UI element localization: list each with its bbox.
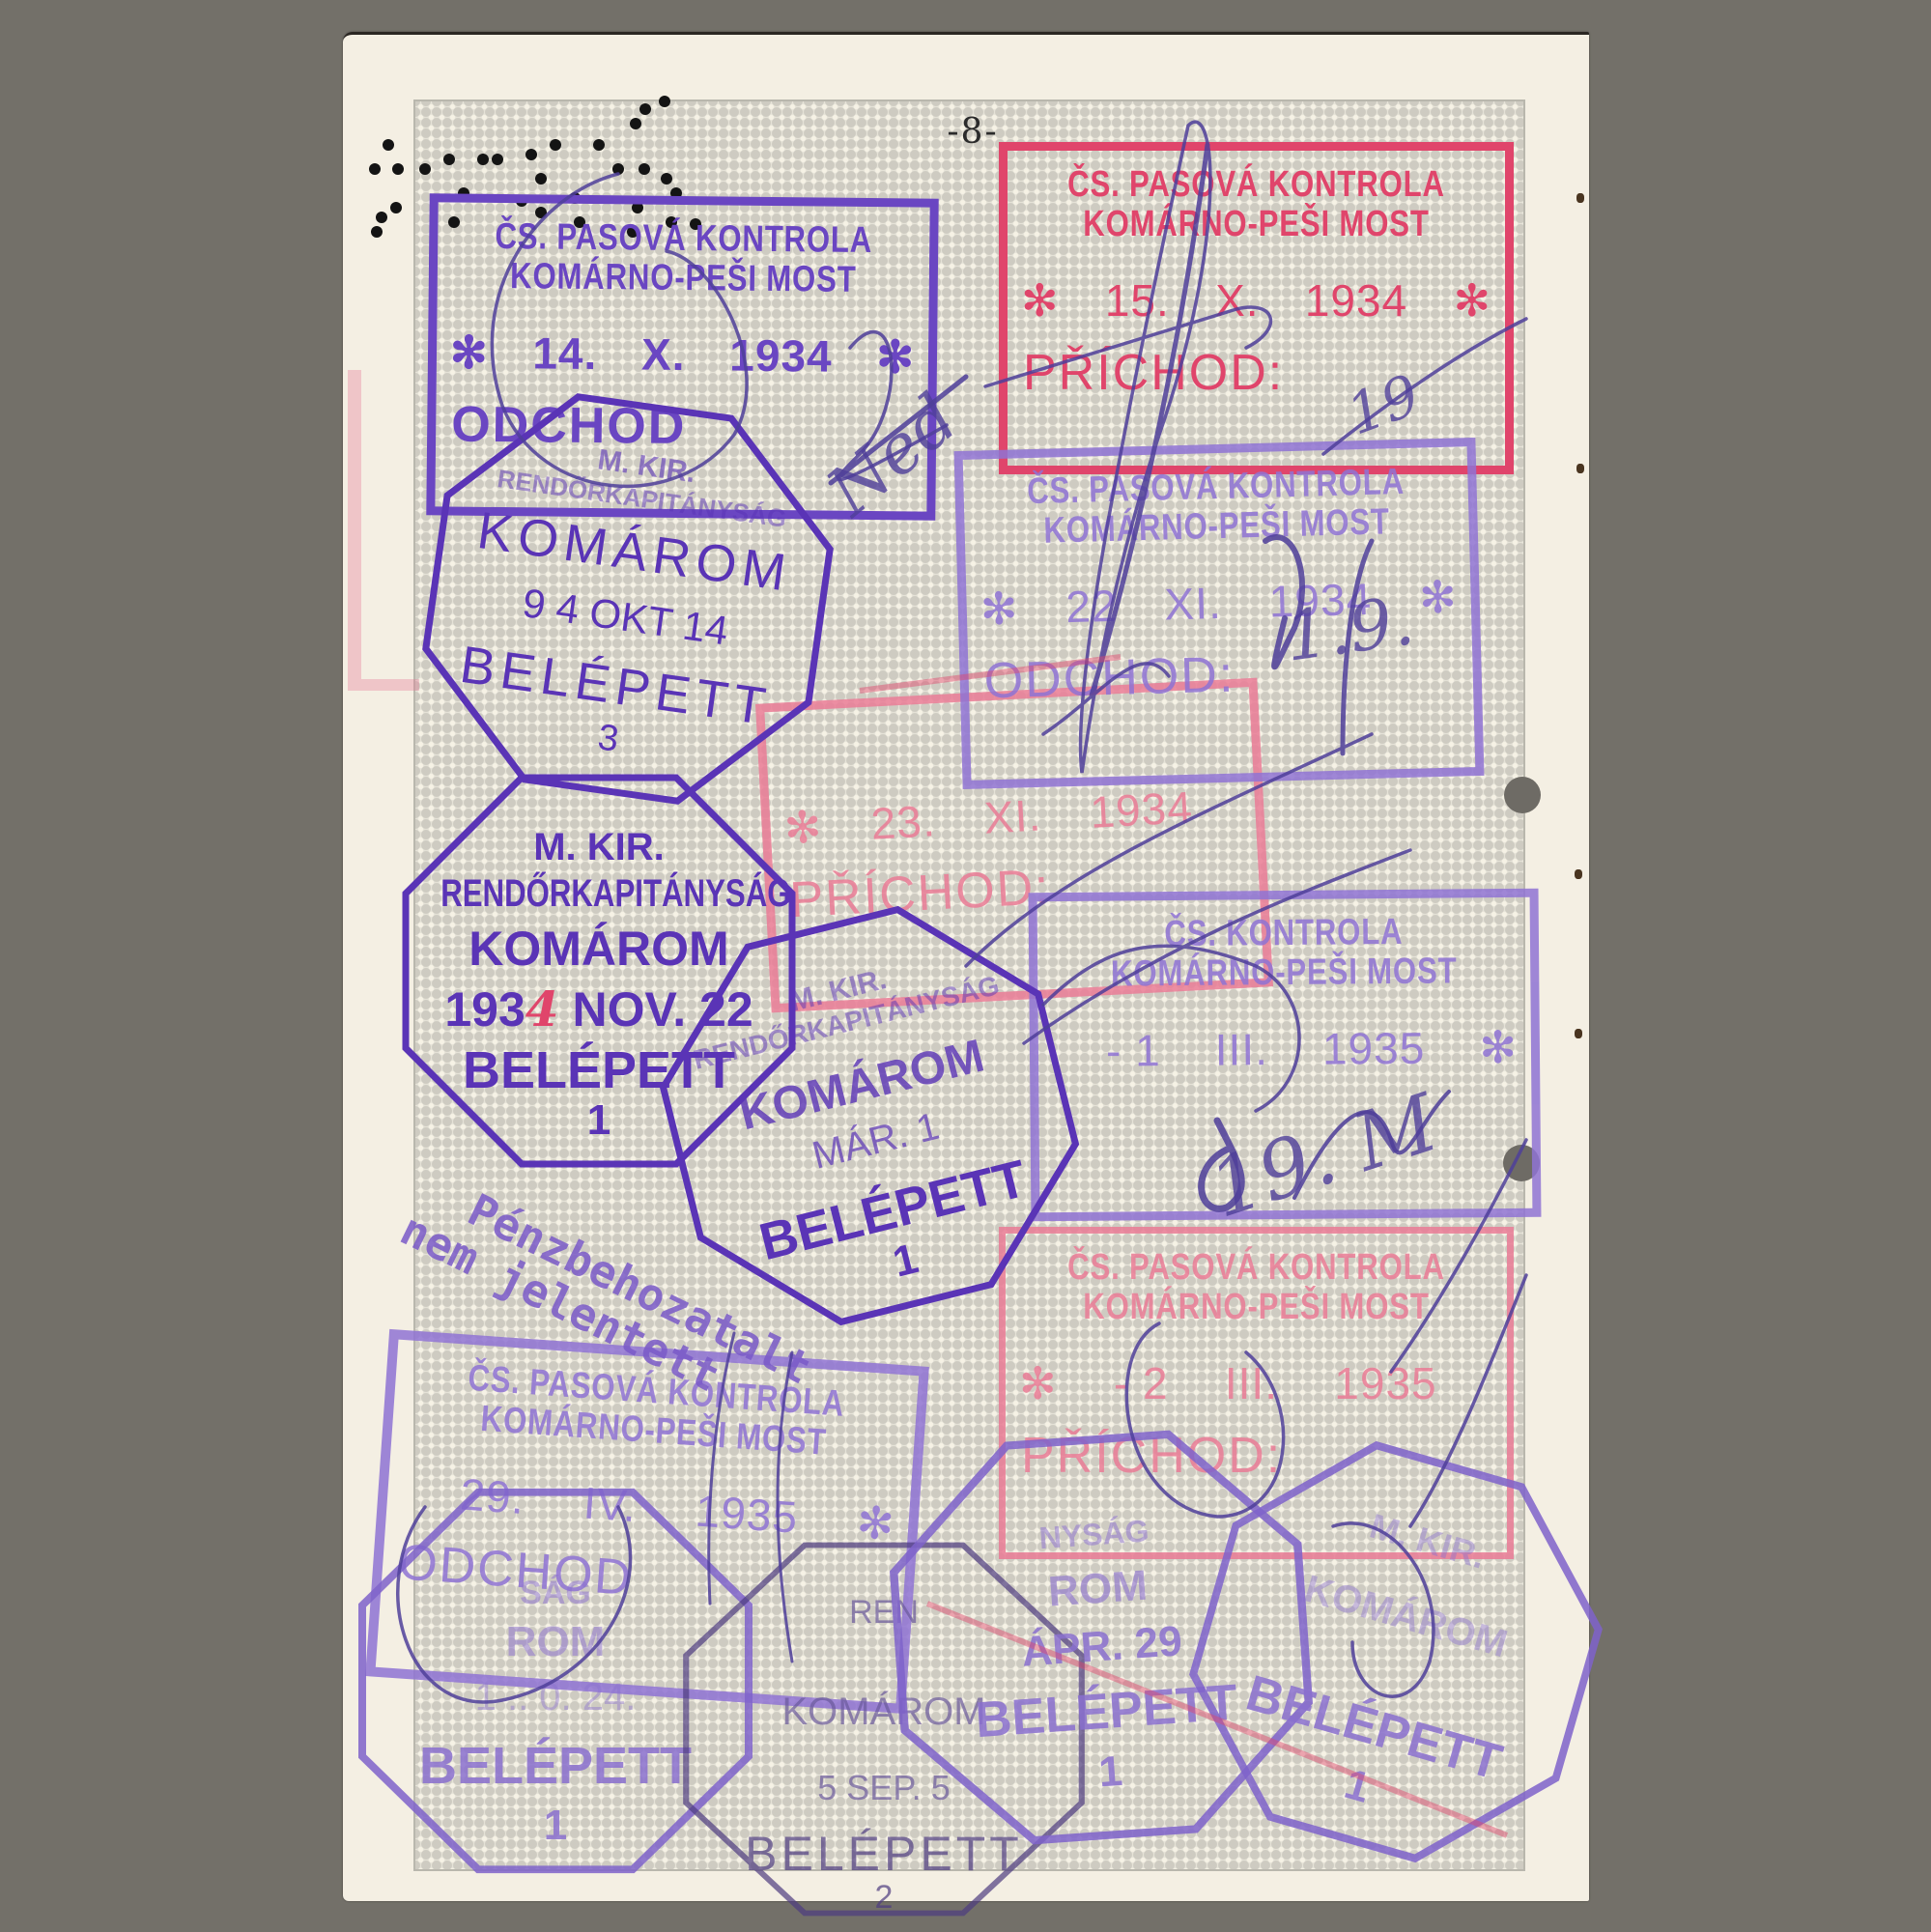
perforation-hole (535, 173, 547, 185)
perforation-hole (443, 154, 455, 165)
perforation-hole (492, 154, 503, 165)
perforation-hole (639, 103, 651, 115)
perforation-hole (477, 154, 489, 165)
perforation-hole (593, 139, 605, 151)
perforation-hole (392, 163, 404, 175)
perforation-hole (630, 118, 641, 129)
stamp-prichod-15-x-1934: ČS. PASOVÁ KONTROLA KOMÁRNO-PEŠI MOST ✻1… (999, 142, 1514, 474)
perforation-hole (659, 96, 670, 107)
edge-stain (1576, 464, 1584, 473)
perforation-hole (371, 226, 383, 238)
stamp-belepett-oct-1934: M. KIR. RENDŐRKAPITÁNYSÁG KOMÁROM 9 4 OK… (399, 370, 857, 828)
perforation-hole (383, 139, 394, 151)
perforation-hole (550, 139, 561, 151)
perforation-hole (612, 163, 624, 175)
perforation-hole (376, 212, 387, 223)
edge-stain (1575, 1029, 1582, 1038)
perforation-hole (525, 149, 537, 160)
perforation-hole (390, 202, 402, 213)
edge-stain (1576, 193, 1584, 203)
perforation-hole (369, 163, 381, 175)
binder-hole-upper (1504, 777, 1541, 813)
perforation-hole (639, 163, 650, 175)
perforation-hole (419, 163, 431, 175)
faint-red-margin-stamp (348, 370, 419, 691)
perforation-hole (661, 173, 672, 185)
edge-stain (1575, 869, 1582, 879)
